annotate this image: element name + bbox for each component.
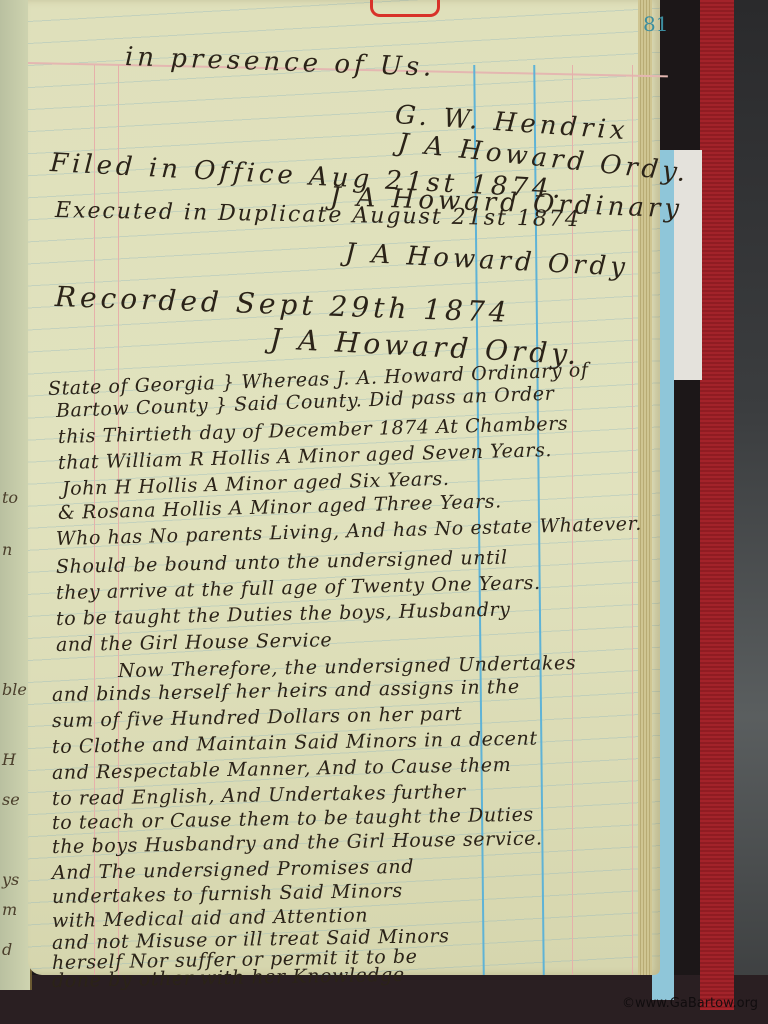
copyright-watermark: ©www.GaBartow.org [622,996,758,1011]
left-page-fragment: n [2,540,12,559]
left-page-fragment: se [2,790,20,809]
left-page-fragment: to [2,488,18,507]
ledger-cover-red [700,0,734,1010]
left-page-fragment: m [2,900,17,919]
left-page-fragment: d [2,940,12,959]
page-stack-edge [638,0,652,975]
left-page-fragment: H [2,750,16,769]
left-page-fragment: ys [2,870,19,889]
left-page-fragment: ble [2,680,27,699]
page-number: 81 [643,12,668,36]
paper-clip [370,0,440,17]
